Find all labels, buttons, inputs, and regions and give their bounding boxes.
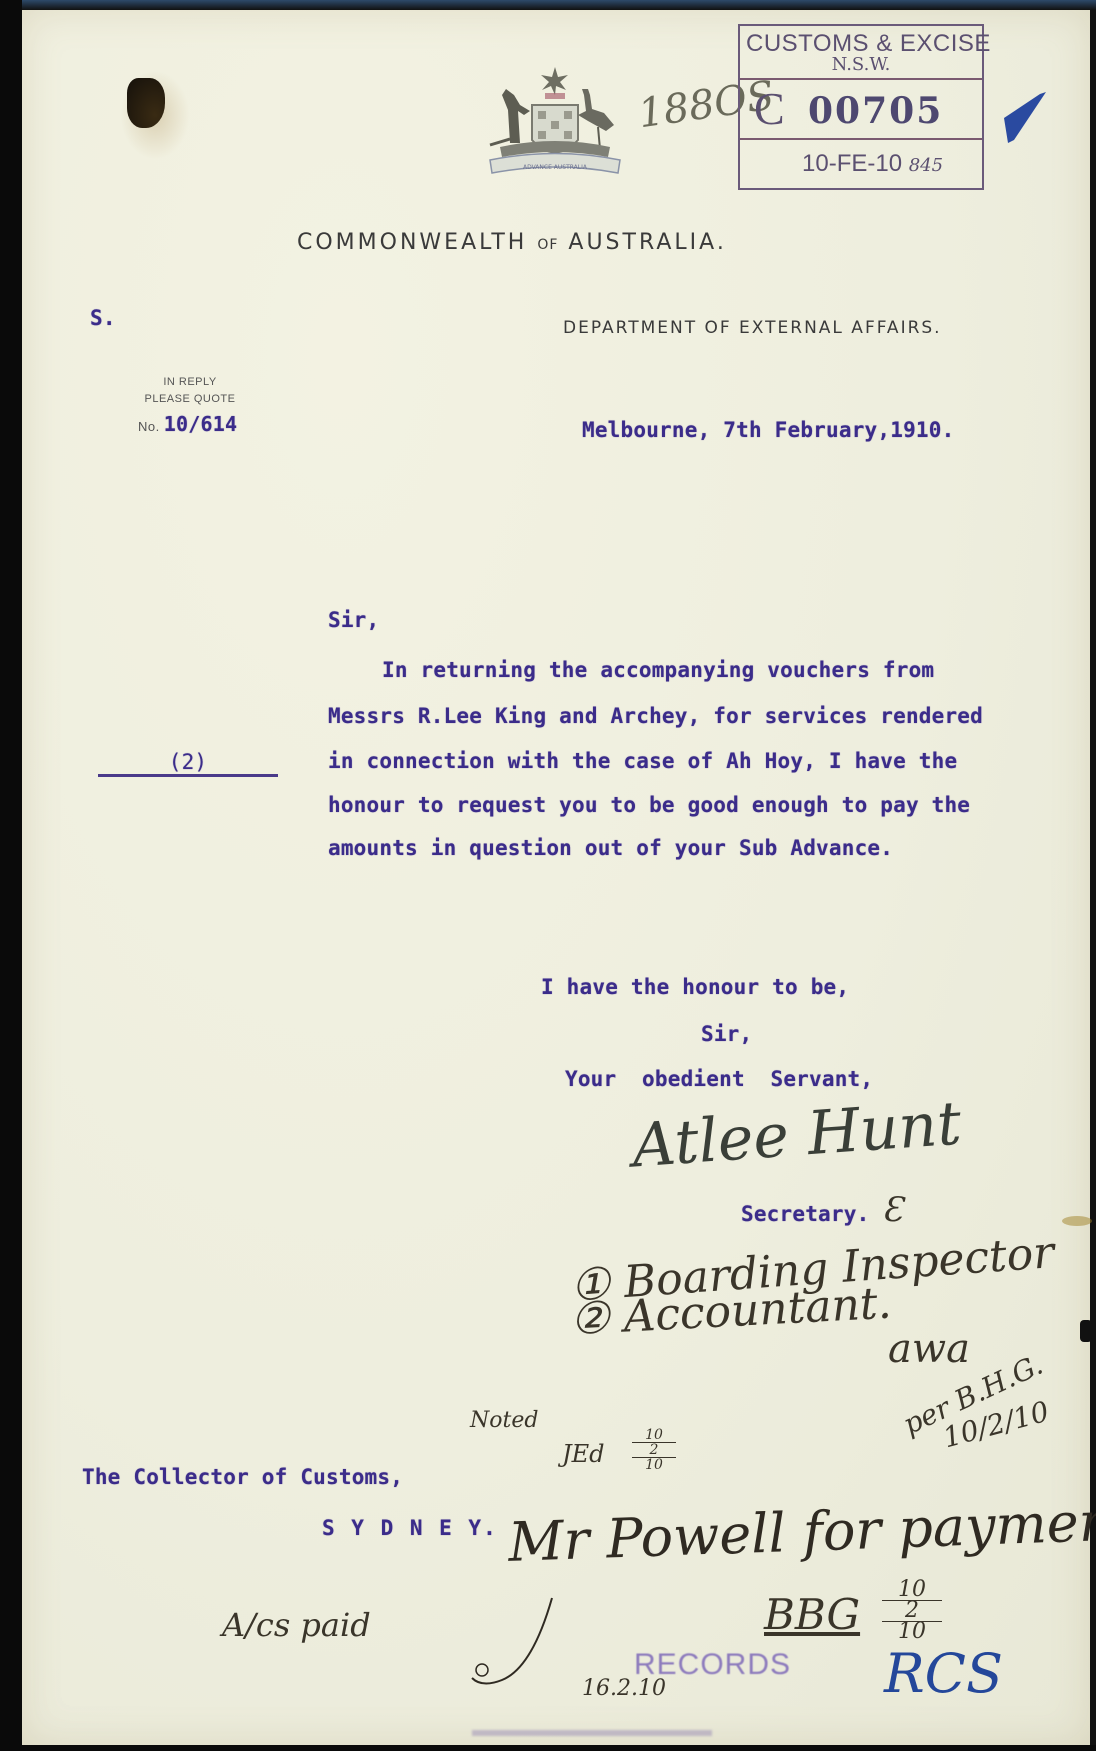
closing-line-2: Sir,: [701, 1022, 752, 1046]
date-line: Melbourne, 7th February,1910.: [582, 418, 954, 442]
letterhead-title: COMMONWEALTH OF AUSTRALIA.: [297, 230, 727, 255]
paper-stain: [1080, 1320, 1092, 1342]
department-name: DEPARTMENT OF EXTERNAL AFFAIRS.: [563, 318, 942, 338]
closing-line-3: Your obedient Servant,: [565, 1067, 873, 1091]
body-line: In returning the accompanying vouchers f…: [382, 658, 934, 682]
margin-note: (2): [98, 750, 278, 777]
stamp-date: 10-FE-10 845: [802, 150, 943, 178]
stamp-letter: C: [754, 82, 785, 135]
bbg-date-year: 10: [882, 1622, 942, 1642]
records-stamp: RECORDS: [634, 1648, 791, 1682]
margin-note-text: (2): [169, 750, 208, 774]
payment-instruction: Mr Powell for payment: [507, 1489, 1096, 1574]
coat-of-arms-emblem: ADVANCE AUSTRALIA: [480, 65, 630, 180]
reply-no-value: 10/614: [164, 412, 237, 436]
addressee-line-2: S Y D N E Y.: [322, 1516, 498, 1540]
stamp-divider: [740, 138, 982, 140]
body-line: Messrs R.Lee King and Archey, for servic…: [328, 704, 983, 728]
reply-label-1: IN REPLY: [130, 376, 250, 388]
paper-stain: [1062, 1216, 1092, 1226]
noted-date-day: 10: [632, 1428, 676, 1442]
paid-flourish-icon: [462, 1588, 602, 1703]
title-commonwealth: COMMONWEALTH: [297, 230, 527, 255]
scan-top-edge: [22, 0, 1096, 10]
salutation: Sir,: [328, 608, 379, 632]
initial-mark: Ɛ: [882, 1190, 903, 1230]
checkmark-icon: [1000, 88, 1050, 153]
bbg-date-day: 10: [882, 1580, 942, 1600]
stamp-line-2: N.S.W.: [740, 54, 982, 75]
faint-footer-mark: [472, 1730, 712, 1736]
title-australia: AUSTRALIA.: [568, 230, 726, 255]
stamp-date-value: 10-FE-10: [802, 150, 902, 177]
reply-no-label: No.: [138, 419, 160, 434]
coat-of-arms-icon: ADVANCE AUSTRALIA: [480, 65, 630, 180]
reply-label-2: PLEASE QUOTE: [130, 393, 250, 405]
rcs-initials: RCS: [884, 1642, 1003, 1705]
svg-text:ADVANCE AUSTRALIA: ADVANCE AUSTRALIA: [523, 164, 588, 171]
noted-initials: JEd: [562, 1440, 605, 1468]
title-of: OF: [537, 237, 558, 253]
letter-page: ADVANCE AUSTRALIA 188OS CUSTOMS & EXCISE…: [22, 10, 1090, 1745]
accounts-paid: A/cs paid: [222, 1606, 371, 1644]
paper-stain: [120, 70, 190, 160]
signature: Atlee Hunt: [630, 1089, 963, 1182]
stamp-date-suffix: 845: [909, 155, 943, 176]
stamp-divider: [740, 78, 982, 80]
series-mark: S.: [90, 306, 116, 330]
stamp-number: 00705: [808, 90, 943, 132]
noted-date-year: 10: [632, 1458, 676, 1472]
noted-date: 10 2 10: [632, 1428, 676, 1472]
body-line: in connection with the case of Ah Hoy, I…: [328, 749, 957, 773]
body-line: amounts in question out of your Sub Adva…: [328, 836, 893, 860]
scan-right-edge: [1090, 10, 1096, 1745]
signatory-title: Secretary.: [741, 1202, 869, 1226]
addressee-line-1: The Collector of Customs,: [82, 1465, 403, 1489]
bbg-initials: BBG: [764, 1590, 860, 1639]
initials-awa: awa: [888, 1326, 970, 1372]
closing-line-1: I have the honour to be,: [541, 975, 849, 999]
noted-date-month: 2: [632, 1442, 676, 1458]
customs-excise-stamp: CUSTOMS & EXCISE N.S.W. C 00705 10-FE-10…: [738, 24, 984, 190]
noted-annotation: Noted: [470, 1408, 538, 1433]
reply-number: No. 10/614: [138, 412, 237, 436]
bbg-date: 10 2 10: [882, 1580, 942, 1642]
body-line: honour to request you to be good enough …: [328, 793, 970, 817]
